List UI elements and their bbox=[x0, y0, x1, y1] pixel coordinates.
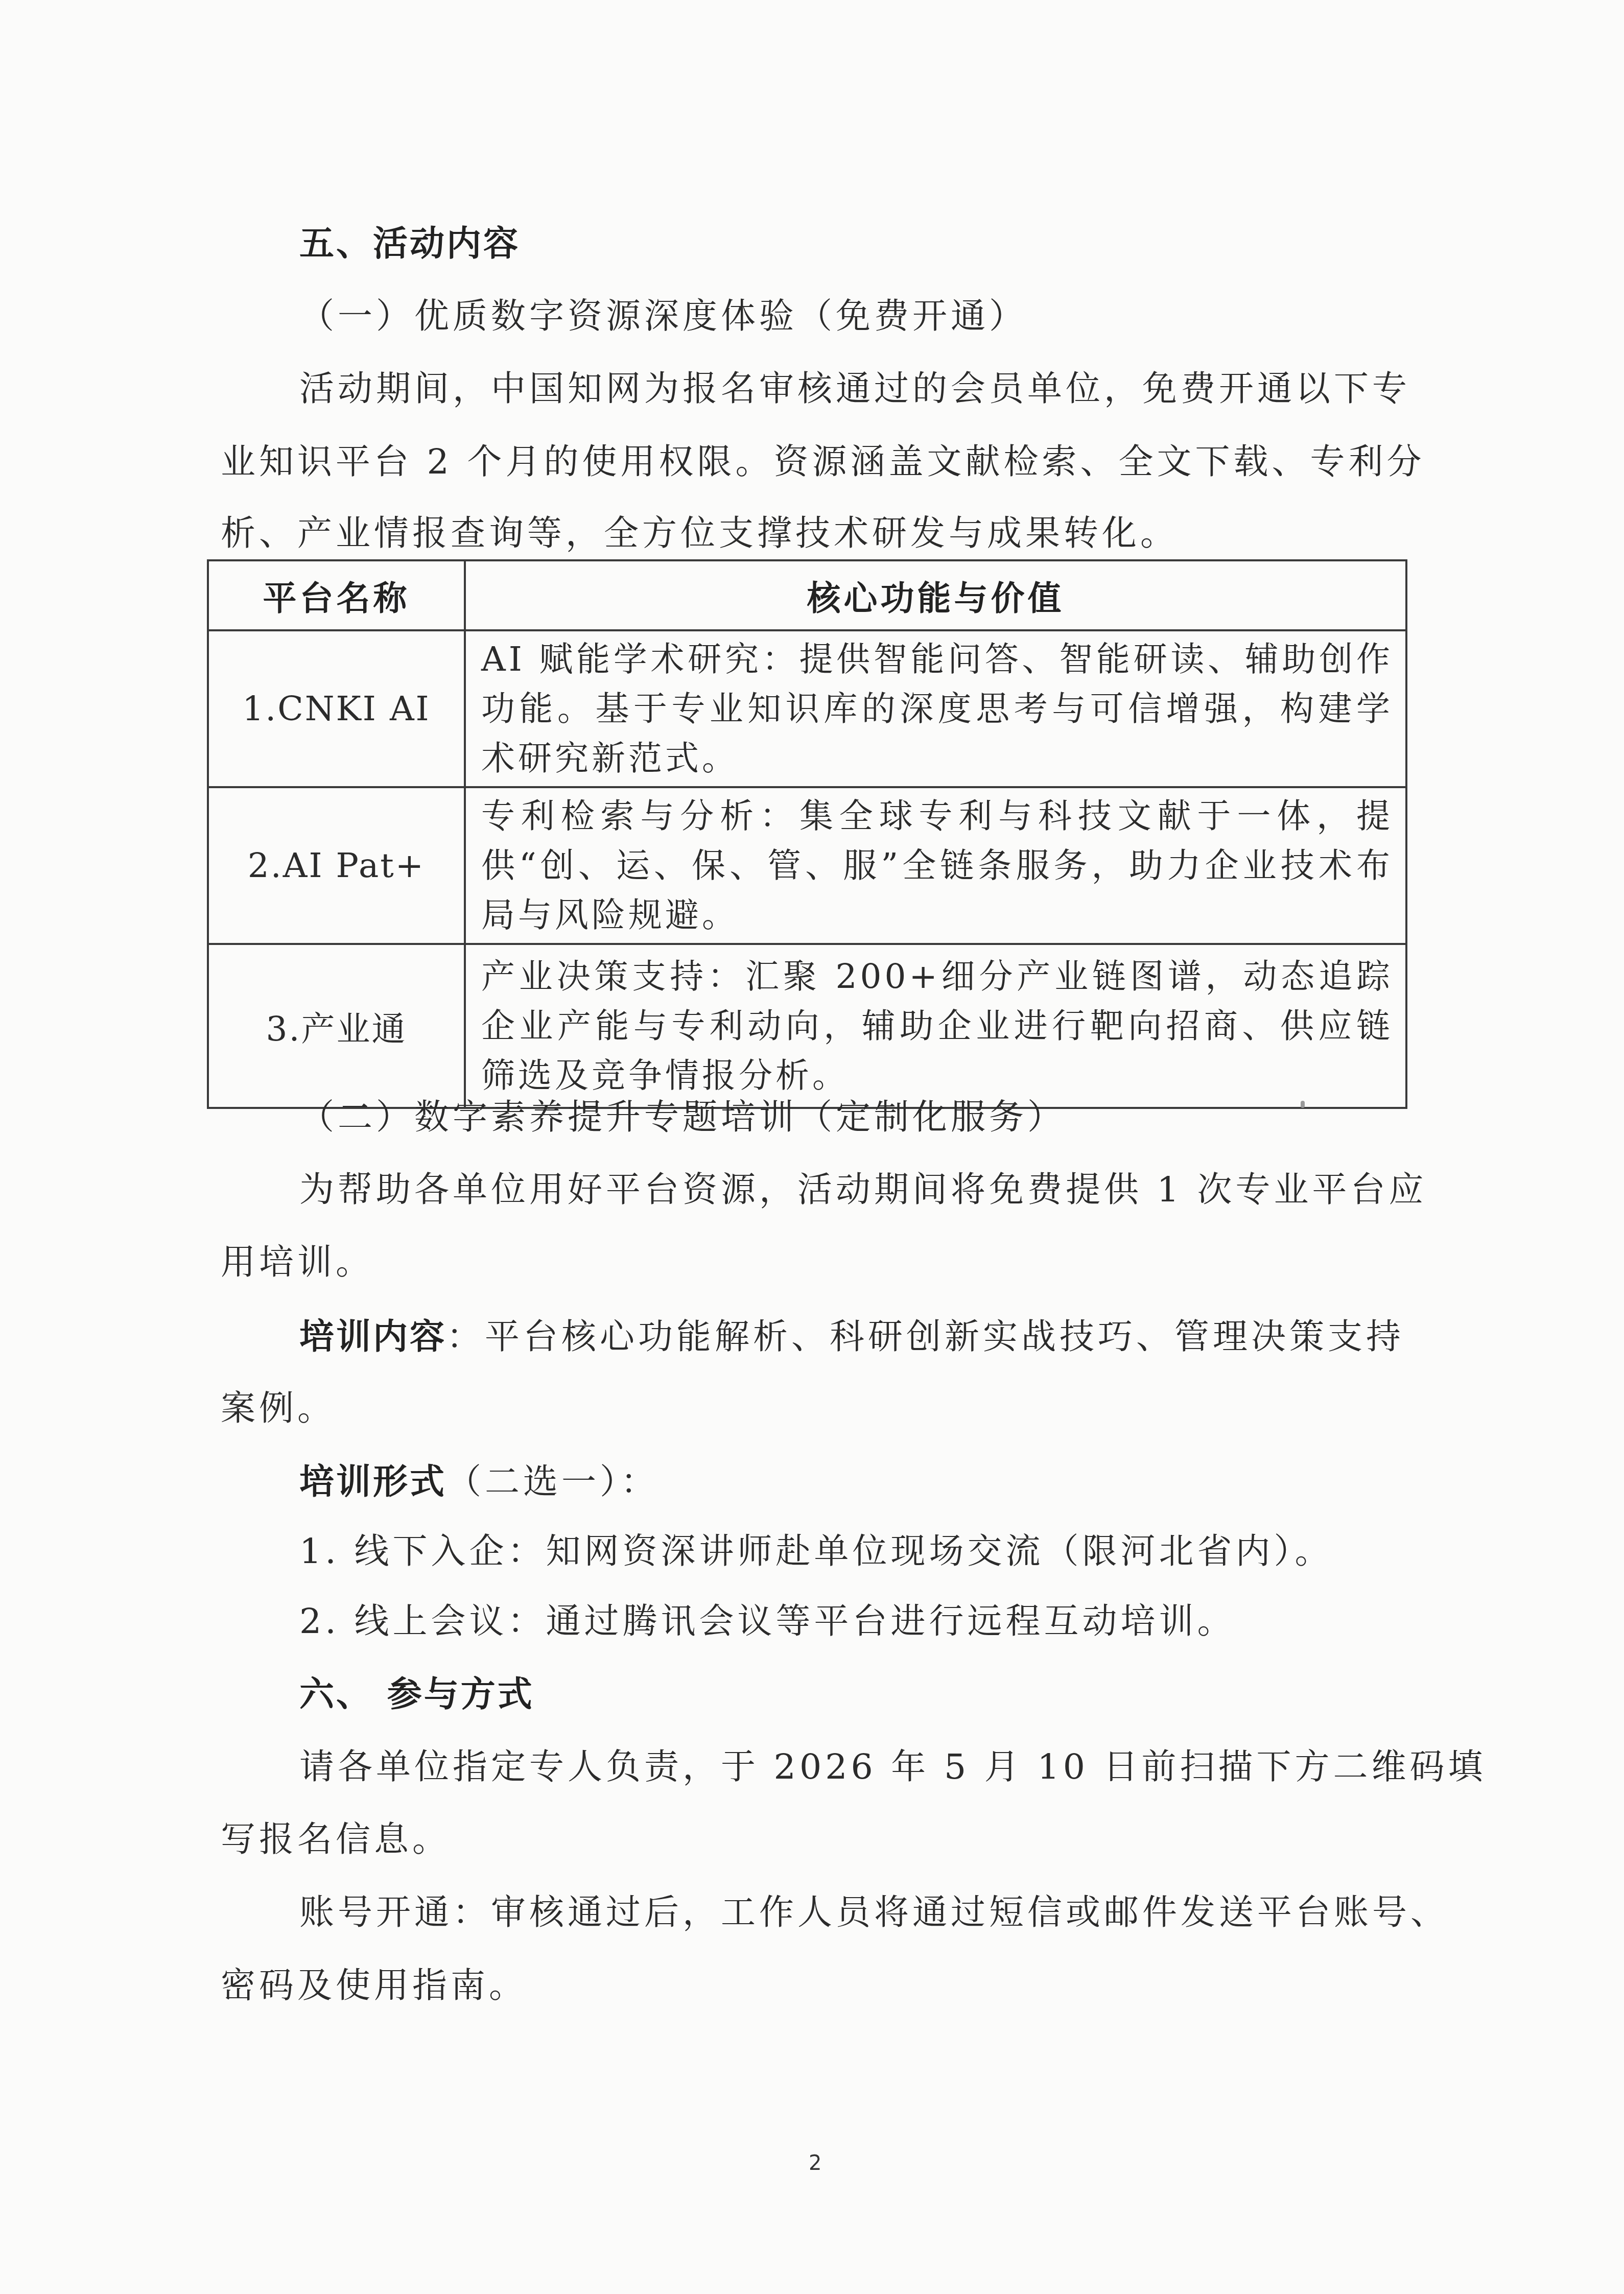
paragraph-line: 请各单位指定专人负责，于 2026 年 5 月 10 日前扫描下方二维码填 bbox=[299, 1747, 1487, 1788]
page-number: 2 bbox=[809, 2151, 821, 2175]
column-header-core-function: 核心功能与价值 bbox=[465, 560, 1406, 630]
column-header-platform-name: 平台名称 bbox=[208, 560, 465, 630]
paragraph-line: 为帮助各单位用好平台资源，活动期间将免费提供 1 次专业平台应 bbox=[299, 1170, 1427, 1211]
training-content-line: 培训内容：平台核心功能解析、科研创新实战技巧、管理决策支持 bbox=[299, 1317, 1404, 1358]
training-format-line: 培训形式（二选一）： bbox=[299, 1462, 659, 1503]
scan-speck bbox=[1301, 1101, 1305, 1108]
training-content-label: 培训内容 bbox=[299, 1317, 446, 1357]
paragraph-line: 析、产业情报查询等，全方位支撑技术研发与成果转化。 bbox=[221, 513, 1179, 554]
subsection-heading-training: （二）数字素养提升专题培训（定制化服务） bbox=[299, 1097, 1066, 1138]
platform-description-cell: 产业决策支持：汇聚 200+细分产业链图谱，动态追踪企业产能与专利动向，辅助企业… bbox=[465, 944, 1406, 1108]
training-format-label: 培训形式 bbox=[299, 1462, 446, 1502]
paragraph-line: 账号开通：审核通过后，工作人员将通过短信或邮件发送平台账号、 bbox=[299, 1893, 1449, 1933]
training-content-text: ：平台核心功能解析、科研创新实战技巧、管理决策支持 bbox=[446, 1317, 1404, 1357]
section-heading-activity-content: 五、活动内容 bbox=[299, 224, 520, 265]
platform-name-cell: 3.产业通 bbox=[208, 944, 465, 1108]
platform-name-cell: 1.CNKI AI bbox=[208, 630, 465, 787]
section-heading-participation: 六、 参与方式 bbox=[299, 1674, 534, 1715]
platform-description-cell: AI 赋能学术研究：提供智能问答、智能研读、辅助创作功能。基于专业知识库的深度思… bbox=[465, 630, 1406, 787]
paragraph-line: 业知识平台 2 个月的使用权限。资源涵盖文献检索、全文下载、专利分 bbox=[221, 442, 1425, 483]
platform-description-cell: 专利检索与分析：集全球专利与科技文献于一体，提供“创、运、保、管、服”全链条服务… bbox=[465, 787, 1406, 944]
table-row: 3.产业通 产业决策支持：汇聚 200+细分产业链图谱，动态追踪企业产能与专利动… bbox=[208, 944, 1406, 1108]
paragraph-line: 写报名信息。 bbox=[221, 1819, 451, 1860]
paragraph-line: 用培训。 bbox=[221, 1242, 374, 1283]
table-row: 2.AI Pat+ 专利检索与分析：集全球专利与科技文献于一体，提供“创、运、保… bbox=[208, 787, 1406, 944]
paragraph-line: 案例。 bbox=[221, 1388, 336, 1429]
platform-name-cell: 2.AI Pat+ bbox=[208, 787, 465, 944]
table-header-row: 平台名称 核心功能与价值 bbox=[208, 560, 1406, 630]
paragraph-line: 活动期间，中国知网为报名审核通过的会员单位，免费开通以下专 bbox=[299, 369, 1410, 410]
paragraph-line: 密码及使用指南。 bbox=[221, 1966, 527, 2006]
subsection-heading-digital-resources: （一）优质数字资源深度体验（免费开通） bbox=[299, 296, 1027, 337]
training-format-item: 2. 线上会议：通过腾讯会议等平台进行远程互动培训。 bbox=[299, 1601, 1236, 1642]
platforms-table: 平台名称 核心功能与价值 1.CNKI AI AI 赋能学术研究：提供智能问答、… bbox=[207, 559, 1407, 1109]
table-row: 1.CNKI AI AI 赋能学术研究：提供智能问答、智能研读、辅助创作功能。基… bbox=[208, 630, 1406, 787]
document-page: 五、活动内容 （一）优质数字资源深度体验（免费开通） 活动期间，中国知网为报名审… bbox=[0, 0, 1624, 2294]
training-format-item: 1. 线下入企：知网资深讲师赴单位现场交流（限河北省内）。 bbox=[299, 1531, 1333, 1572]
training-format-suffix: （二选一）： bbox=[446, 1462, 659, 1502]
